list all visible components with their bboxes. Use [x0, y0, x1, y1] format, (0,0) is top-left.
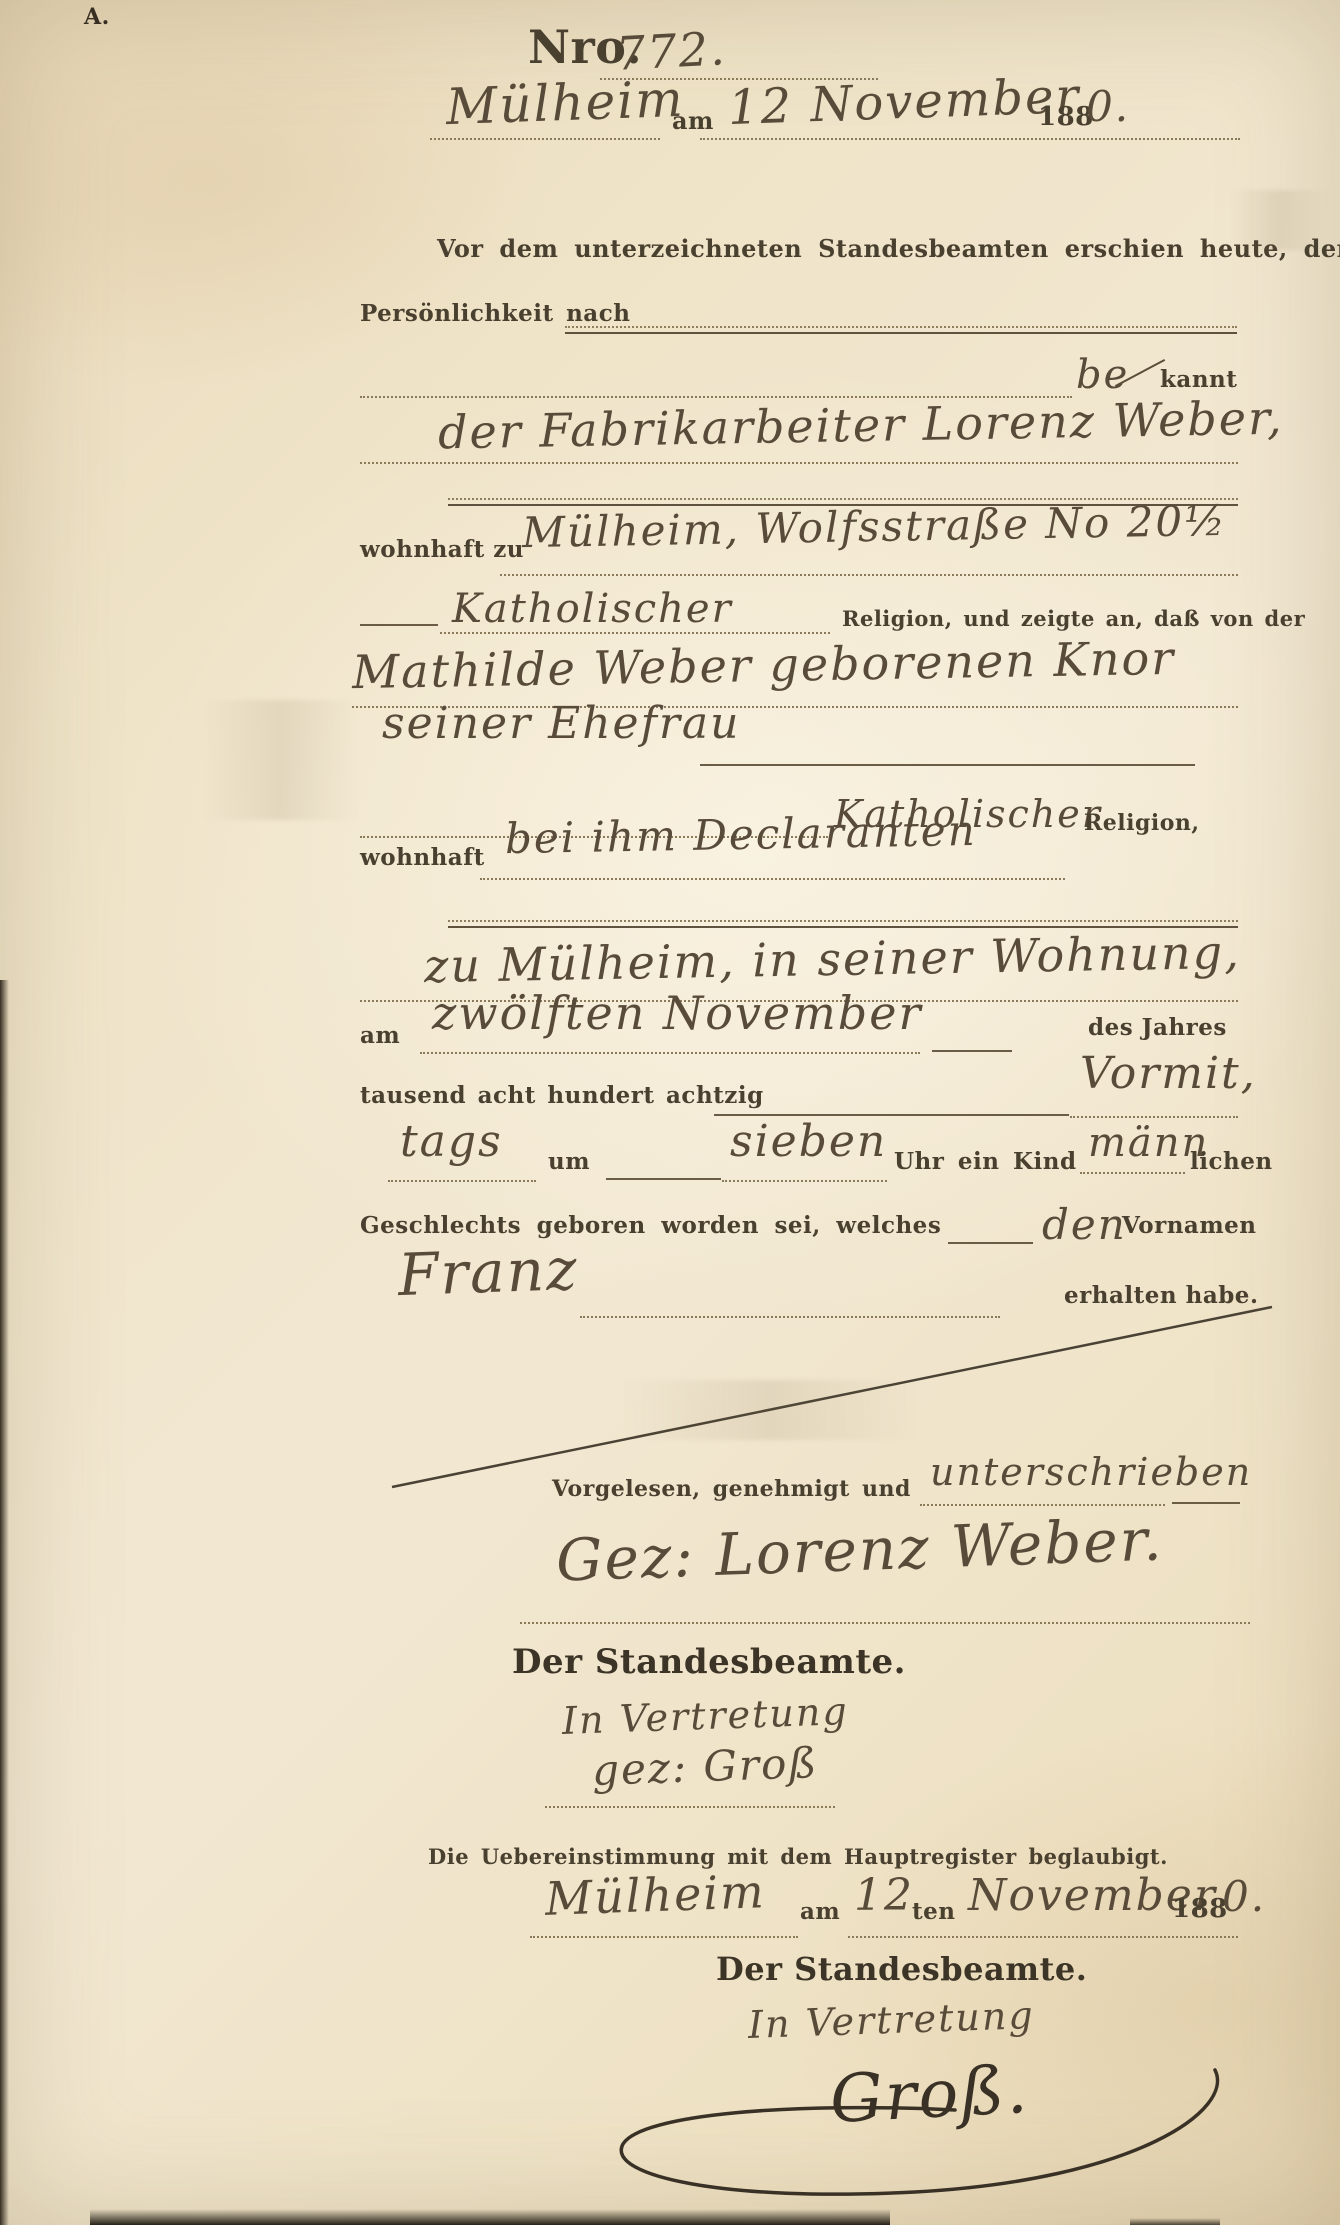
- short-blank-line: [1172, 1502, 1240, 1504]
- short-blank-line: [606, 1178, 721, 1180]
- bleed-through-mark: [200, 700, 360, 820]
- religion1-handwritten: Katholischer: [452, 586, 733, 632]
- unterschrieben-handwritten: unterschrieben: [930, 1450, 1252, 1494]
- page-corner-label: A.: [84, 4, 110, 30]
- vormittags-part1: Vormit,: [1080, 1048, 1257, 1099]
- scan-edge-shadow-left: [0, 980, 9, 2225]
- mother-name: Mathilde Weber geborenen Knor: [352, 631, 1176, 699]
- vorgelesen-label: Vorgelesen, genehmigt und: [552, 1476, 911, 1502]
- header-year-digit: 0.: [1086, 82, 1130, 131]
- short-blank-line: [932, 1050, 1012, 1052]
- declarant-signature-underline: [520, 1622, 1250, 1624]
- persoenlichkeit-label: Persönlichkeit nach: [360, 300, 630, 327]
- header-am-label: am: [672, 106, 714, 135]
- mother-residence: bei ihm Declaranten: [505, 806, 977, 863]
- blank-rule: [565, 326, 1237, 334]
- am-label: am: [360, 1022, 400, 1049]
- certification-place-underline: [530, 1936, 798, 1938]
- hour-underline: [722, 1180, 887, 1182]
- religion1-underline: [440, 632, 830, 634]
- short-blank-line: [948, 1242, 1033, 1244]
- am2-label: am: [800, 1898, 840, 1925]
- short-blank-line: [360, 624, 438, 626]
- wohnhaft-zu-label: wohnhaft zu: [360, 536, 524, 563]
- vertretung-1: In Vertretung: [561, 1689, 849, 1743]
- birth-date-underline: [420, 1052, 920, 1054]
- intro-line: Vor dem unterzeichneten Standesbeamten e…: [437, 234, 1340, 263]
- bekannt-printed: kannt: [1160, 366, 1237, 393]
- bekannt-handwritten-prefix: be: [1076, 352, 1129, 398]
- des-jahres-label: des Jahres: [1088, 1014, 1227, 1041]
- bleed-through-mark: [620, 1380, 920, 1440]
- vormit-underline: [1070, 1116, 1238, 1118]
- header-date: 12 November: [727, 68, 1081, 136]
- religion2-printed: Religion,: [1084, 810, 1200, 836]
- declarant-underline: [360, 462, 1238, 464]
- relation-to-declarant: seiner Ehefrau: [382, 698, 740, 749]
- gender-underline: [1080, 1172, 1185, 1174]
- scan-edge-shadow-bottom-right: [1130, 2218, 1220, 2225]
- vormittags-part2: tags: [400, 1116, 503, 1167]
- wohnhaft-label: wohnhaft: [360, 844, 485, 871]
- address-underline: [500, 574, 1238, 576]
- residence-underline: [480, 878, 1065, 880]
- birth-place: zu Mülheim, in seiner Wohnung,: [424, 925, 1242, 993]
- countersignature-underline: [545, 1806, 835, 1808]
- certification-year-printed: 188: [1172, 1894, 1228, 1924]
- vertretung-2: In Vertretung: [747, 1993, 1035, 2047]
- birth-certificate-page: A. Nro. 772. Mülheim am 12 November 188 …: [0, 0, 1340, 2225]
- blank-line: [700, 764, 1195, 766]
- ten-label: ten: [912, 1898, 955, 1925]
- registrar-signature: Groß.: [828, 2051, 1031, 2138]
- scan-edge-shadow-bottom: [90, 2209, 890, 2225]
- declarant-signature: Gez: Lorenz Weber.: [555, 1505, 1164, 1594]
- header-date-underline: [700, 138, 1240, 140]
- declarant-name: der Fabrikarbeiter Lorenz Weber,: [438, 391, 1284, 460]
- bleed-through-mark: [1230, 190, 1330, 250]
- uhr-ein-kind-label: Uhr ein Kind: [894, 1148, 1077, 1175]
- certification-day: 12: [854, 1870, 914, 1921]
- certification-year-digit: 0.: [1222, 1872, 1266, 1921]
- registrar-title-1: Der Standesbeamte.: [512, 1642, 906, 1682]
- lichen-label: lichen: [1190, 1148, 1273, 1175]
- registrar-title-2: Der Standesbeamte.: [716, 1950, 1087, 1988]
- header-place-underline: [430, 138, 660, 140]
- tags-underline: [388, 1180, 536, 1182]
- year-in-words: tausend acht hundert achtzig: [360, 1082, 764, 1109]
- vornamen-label: Vornamen: [1122, 1212, 1257, 1239]
- registrar-countersignature: gez: Groß: [591, 1738, 819, 1795]
- birth-date: zwölften November: [432, 986, 922, 1040]
- birth-hour: sieben: [730, 1116, 887, 1167]
- geschlechts-line: Geschlechts geboren worden sei, welches: [360, 1212, 941, 1239]
- religion1-printed: Religion, und zeigte an, daß von der: [842, 606, 1305, 631]
- den-handwritten: den: [1042, 1200, 1127, 1249]
- beglaubigt-line: Die Uebereinstimmung mit dem Hauptregist…: [428, 1844, 1168, 1869]
- header-place: Mülheim: [445, 70, 685, 136]
- certification-place: Mülheim: [544, 1864, 766, 1926]
- um-label: um: [548, 1148, 590, 1175]
- certification-date-underline: [848, 1936, 1238, 1938]
